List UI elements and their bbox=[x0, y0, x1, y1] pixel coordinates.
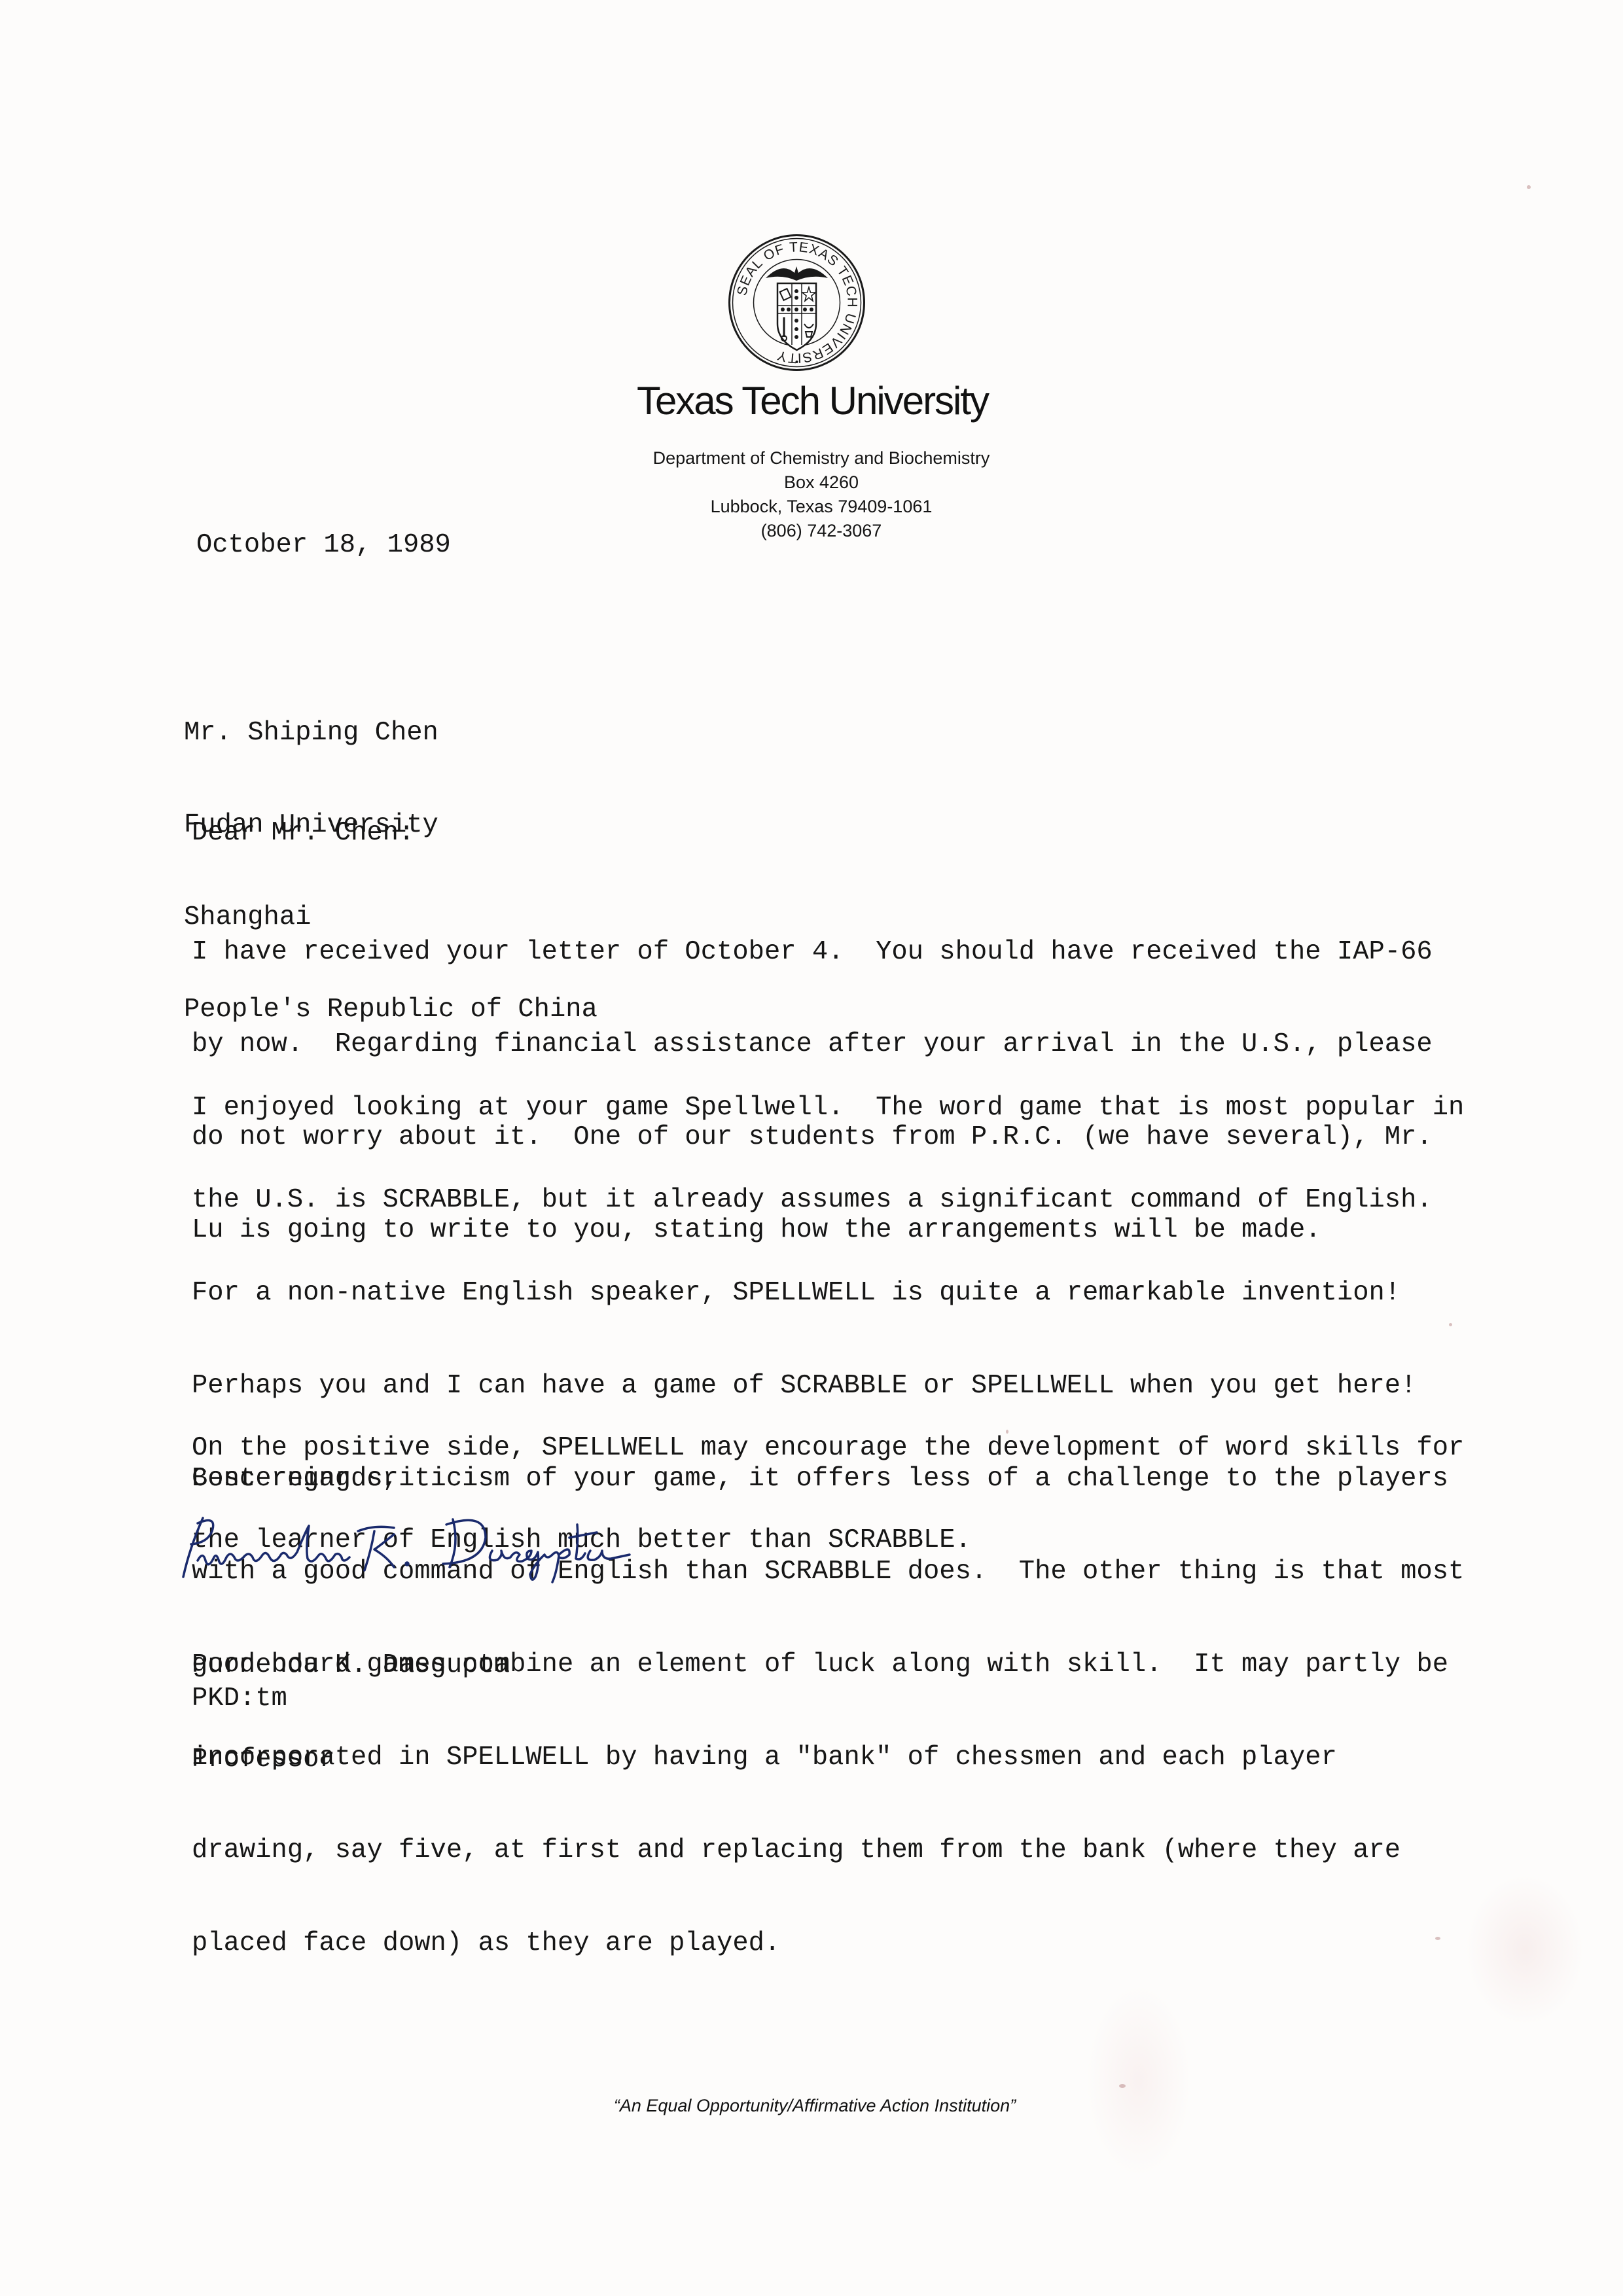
paragraph-line: the U.S. is SCRABBLE, but it already ass… bbox=[192, 1185, 1464, 1216]
handwritten-signature-icon bbox=[178, 1511, 826, 1583]
paragraph-line: I have received your letter of October 4… bbox=[192, 937, 1433, 968]
paragraph-line: I enjoyed looking at your game Spellwell… bbox=[192, 1093, 1464, 1123]
po-box: Box 4260 bbox=[20, 470, 1623, 495]
city-state-zip: Lubbock, Texas 79409-1061 bbox=[20, 495, 1623, 519]
paragraph-line: drawing, say five, at first and replacin… bbox=[192, 1835, 1464, 1866]
closing: Best regards, bbox=[192, 1464, 399, 1494]
letter-page: SEAL OF TEXAS TECH UNIVERSITY Texas Tech… bbox=[0, 0, 1623, 2296]
letterhead-address: Department of Chemistry and Biochemistry… bbox=[0, 446, 1623, 543]
reference-initials: PKD:tm bbox=[192, 1684, 287, 1714]
recipient-name: Mr. Shiping Chen bbox=[184, 718, 597, 749]
signer-name: Purnendu K. Dasgupta bbox=[192, 1650, 510, 1681]
university-seal-icon: SEAL OF TEXAS TECH UNIVERSITY bbox=[726, 232, 867, 373]
signer-title: Professor bbox=[192, 1744, 510, 1775]
tagline-text: “An Equal Opportunity/Affirmative Action… bbox=[614, 2096, 1016, 2115]
university-name: Texas Tech University bbox=[0, 378, 1623, 423]
paper-speck bbox=[1119, 2084, 1126, 2088]
paper-speck bbox=[1006, 1430, 1008, 1434]
paragraph-line: For a non-native English speaker, SPELLW… bbox=[192, 1278, 1464, 1309]
letter-date: October 18, 1989 bbox=[196, 530, 451, 560]
department-name: Department of Chemistry and Biochemistry bbox=[20, 446, 1623, 470]
footer-tagline: “An Equal Opportunity/Affirmative Action… bbox=[0, 2096, 1623, 2116]
salutation: Dear Mr. Chen: bbox=[192, 818, 414, 848]
paper-speck bbox=[1449, 1323, 1452, 1326]
paragraph-line: placed face down) as they are played. bbox=[192, 1928, 1464, 1959]
paragraph-line: On the positive side, SPELLWELL may enco… bbox=[192, 1433, 1464, 1464]
paper-speck bbox=[1527, 185, 1531, 189]
paper-speck bbox=[1435, 1937, 1440, 1940]
